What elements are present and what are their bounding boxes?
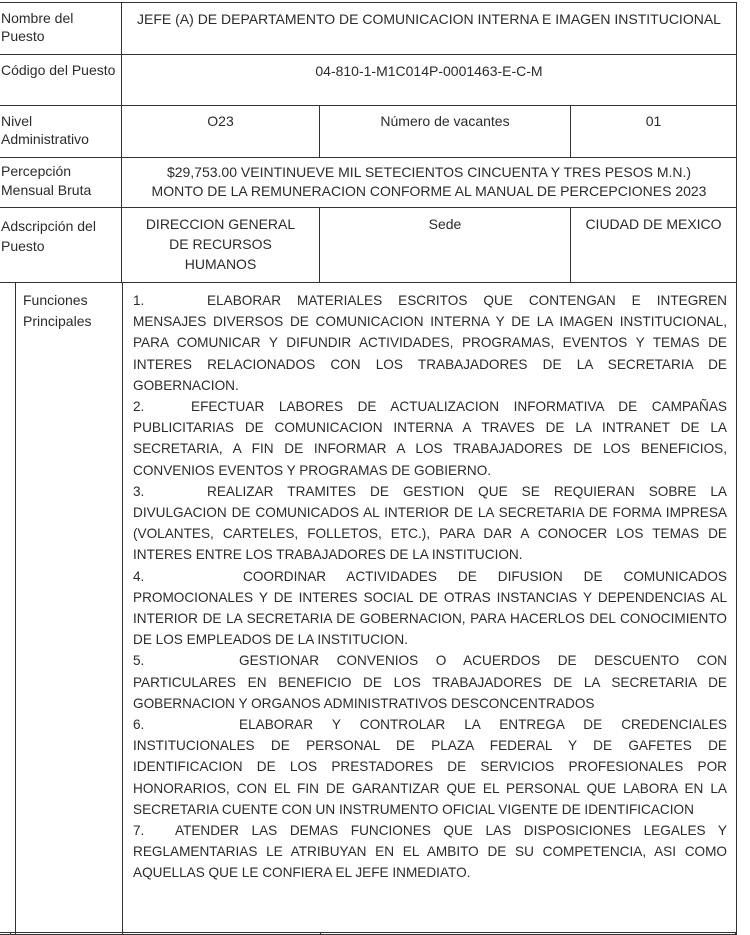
function-item: 2.EFECTUAR LABORES DE ACTUALIZACION INFO…: [133, 396, 727, 481]
function-item: 4.COORDINAR ACTIVIDADES DE DIFUSION DE C…: [133, 566, 727, 651]
value-adscripcion: DIRECCION GENERAL DE RECURSOS HUMANOS: [122, 208, 320, 282]
function-item: 3.REALIZAR TRAMITES DE GESTION QUE SE RE…: [133, 481, 727, 566]
value-percepcion: $29,753.00 VEINTINUEVE MIL SETECIENTOS C…: [122, 158, 736, 207]
function-item: 1.ELABORAR MATERIALES ESCRITOS QUE CONTE…: [133, 290, 727, 396]
label-percepcion: Percepción Mensual Bruta: [0, 158, 122, 207]
row-funciones: Funciones Principales 1.ELABORAR MATERIA…: [0, 283, 736, 935]
row-codigo-puesto: Código del Puesto 04-810-1-M1C014P-00014…: [0, 55, 736, 106]
percepcion-amount: $29,753.00 VEINTINUEVE MIL SETECIENTOS C…: [126, 163, 732, 182]
function-text: ELABORAR MATERIALES ESCRITOS QUE CONTENG…: [133, 290, 727, 396]
function-item: 5.GESTIONAR CONVENIOS O ACUERDOS DE DESC…: [133, 650, 727, 714]
row-nivel-administrativo: Nivel Administrativo O23 Número de vacan…: [0, 106, 736, 158]
percepcion-note: MONTO DE LA REMUNERACION CONFORME AL MAN…: [126, 182, 732, 201]
function-number: 1.: [133, 290, 159, 311]
funciones-list: 1.ELABORAR MATERIALES ESCRITOS QUE CONTE…: [123, 283, 736, 934]
function-text: COORDINAR ACTIVIDADES DE DIFUSION DE COM…: [133, 566, 727, 651]
function-number: 5.: [133, 650, 159, 671]
function-text: REALIZAR TRAMITES DE GESTION QUE SE REQU…: [133, 481, 727, 566]
label-codigo-puesto: Código del Puesto: [0, 55, 122, 105]
value-codigo-puesto: 04-810-1-M1C014P-0001463-E-C-M: [122, 55, 736, 105]
function-number: 3.: [133, 481, 159, 502]
label-nivel-administrativo: Nivel Administrativo: [0, 106, 122, 157]
value-sede: CIUDAD DE MEXICO: [571, 208, 736, 282]
function-text: ATENDER LAS DEMAS FUNCIONES QUE LAS DISP…: [133, 820, 727, 884]
function-number: 4.: [133, 566, 159, 587]
label-sede: Sede: [320, 208, 571, 282]
function-text: EFECTUAR LABORES DE ACTUALIZACION INFORM…: [133, 396, 727, 481]
function-number: 7.: [133, 820, 159, 841]
function-number: 6.: [133, 714, 159, 735]
value-numero-vacantes: 01: [571, 106, 736, 157]
row-nombre-puesto: Nombre del Puesto JEFE (A) DE DEPARTAMEN…: [0, 3, 736, 55]
label-numero-vacantes: Número de vacantes: [320, 106, 571, 157]
function-text: ELABORAR Y CONTROLAR LA ENTREGA DE CREDE…: [133, 714, 727, 820]
function-number: 2.: [133, 396, 159, 417]
row-percepcion: Percepción Mensual Bruta $29,753.00 VEIN…: [0, 158, 736, 208]
row-adscripcion: Adscripción del Puesto DIRECCION GENERAL…: [0, 208, 736, 283]
value-nivel-administrativo: O23: [122, 106, 320, 157]
function-text: GESTIONAR CONVENIOS O ACUERDOS DE DESCUE…: [133, 650, 727, 714]
label-adscripcion: Adscripción del Puesto: [0, 208, 122, 282]
label-funciones: Funciones Principales: [16, 283, 123, 934]
function-item: 6.ELABORAR Y CONTROLAR LA ENTREGA DE CRE…: [133, 714, 727, 820]
job-posting-table: Nombre del Puesto JEFE (A) DE DEPARTAMEN…: [0, 2, 737, 935]
function-item: 7.ATENDER LAS DEMAS FUNCIONES QUE LAS DI…: [133, 820, 727, 884]
label-nombre-puesto: Nombre del Puesto: [0, 3, 122, 54]
funciones-gutter: [0, 283, 16, 934]
value-nombre-puesto: JEFE (A) DE DEPARTAMENTO DE COMUNICACION…: [122, 3, 736, 54]
